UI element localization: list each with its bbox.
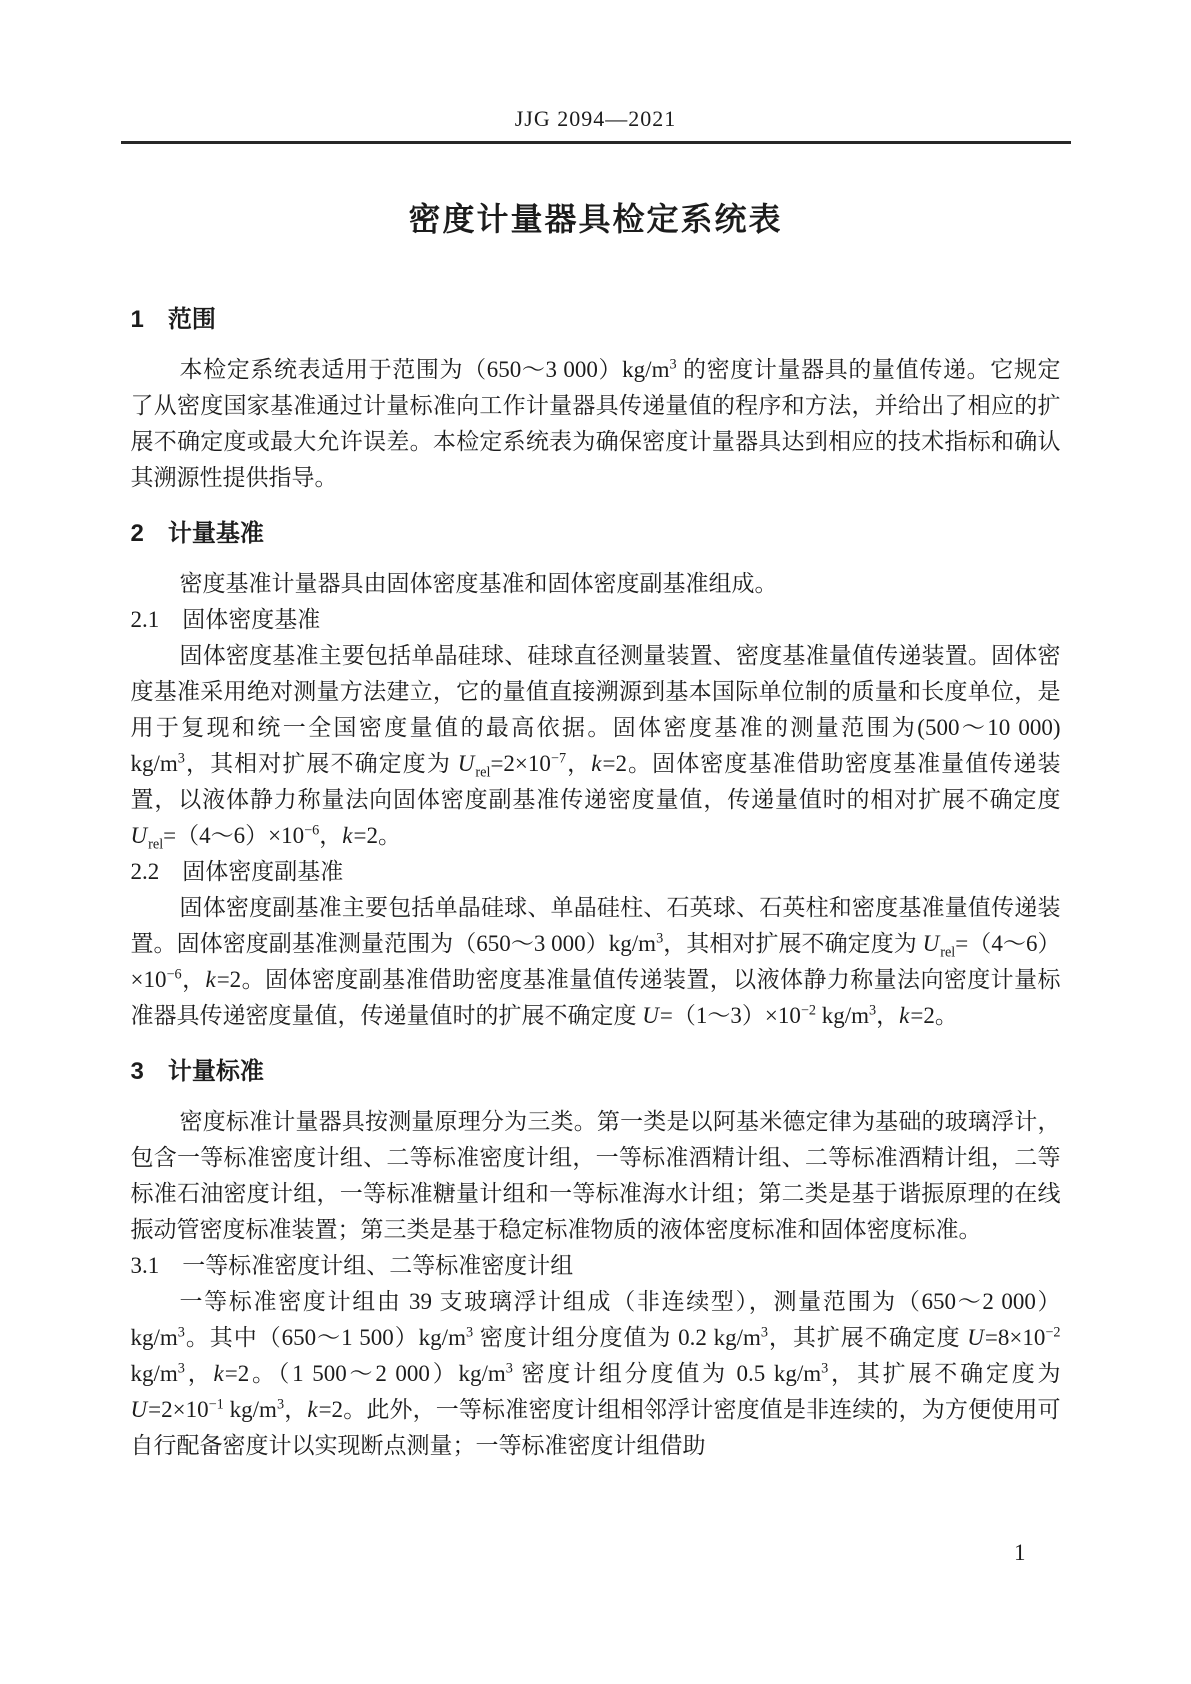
section-1-paragraph: 本检定系统表适用于范围为（650～3 000）kg/m3 的密度计量器具的量值传… [131,352,1061,496]
section-2-heading: 2 计量基准 [131,516,1061,552]
document-body: 1 范围本检定系统表适用于范围为（650～3 000）kg/m3 的密度计量器具… [131,302,1061,1464]
header-rule [121,141,1071,144]
section-2-2-subheading: 2.2 固体密度副基准 [131,854,1061,890]
page-number: 1 [1014,1540,1026,1566]
section-2-intro-paragraph: 密度基准计量器具由固体密度基准和固体密度副基准组成。 [131,566,1061,602]
section-2-1-paragraph: 固体密度基准主要包括单晶硅球、硅球直径测量装置、密度基准量值传递装置。固体密度基… [131,638,1061,854]
section-2-2-paragraph: 固体密度副基准主要包括单晶硅球、单晶硅柱、石英球、石英柱和密度基准量值传递装置。… [131,890,1061,1034]
section-3-paragraph: 密度标准计量器具按测量原理分为三类。第一类是以阿基米德定律为基础的玻璃浮计，包含… [131,1104,1061,1248]
standard-code-header: JJG 2094—2021 [0,0,1191,132]
document-page: JJG 2094—2021 密度计量器具检定系统表 1 范围本检定系统表适用于范… [0,0,1191,1684]
section-3-1-subheading: 3.1 一等标准密度计组、二等标准密度计组 [131,1248,1061,1284]
document-title: 密度计量器具检定系统表 [0,194,1191,240]
section-3-1-paragraph: 一等标准密度计组由 39 支玻璃浮计组成（非连续型），测量范围为（650～2 0… [131,1284,1061,1464]
section-3-heading: 3 计量标准 [131,1054,1061,1090]
section-1-heading: 1 范围 [131,302,1061,338]
section-2-1-subheading: 2.1 固体密度基准 [131,602,1061,638]
